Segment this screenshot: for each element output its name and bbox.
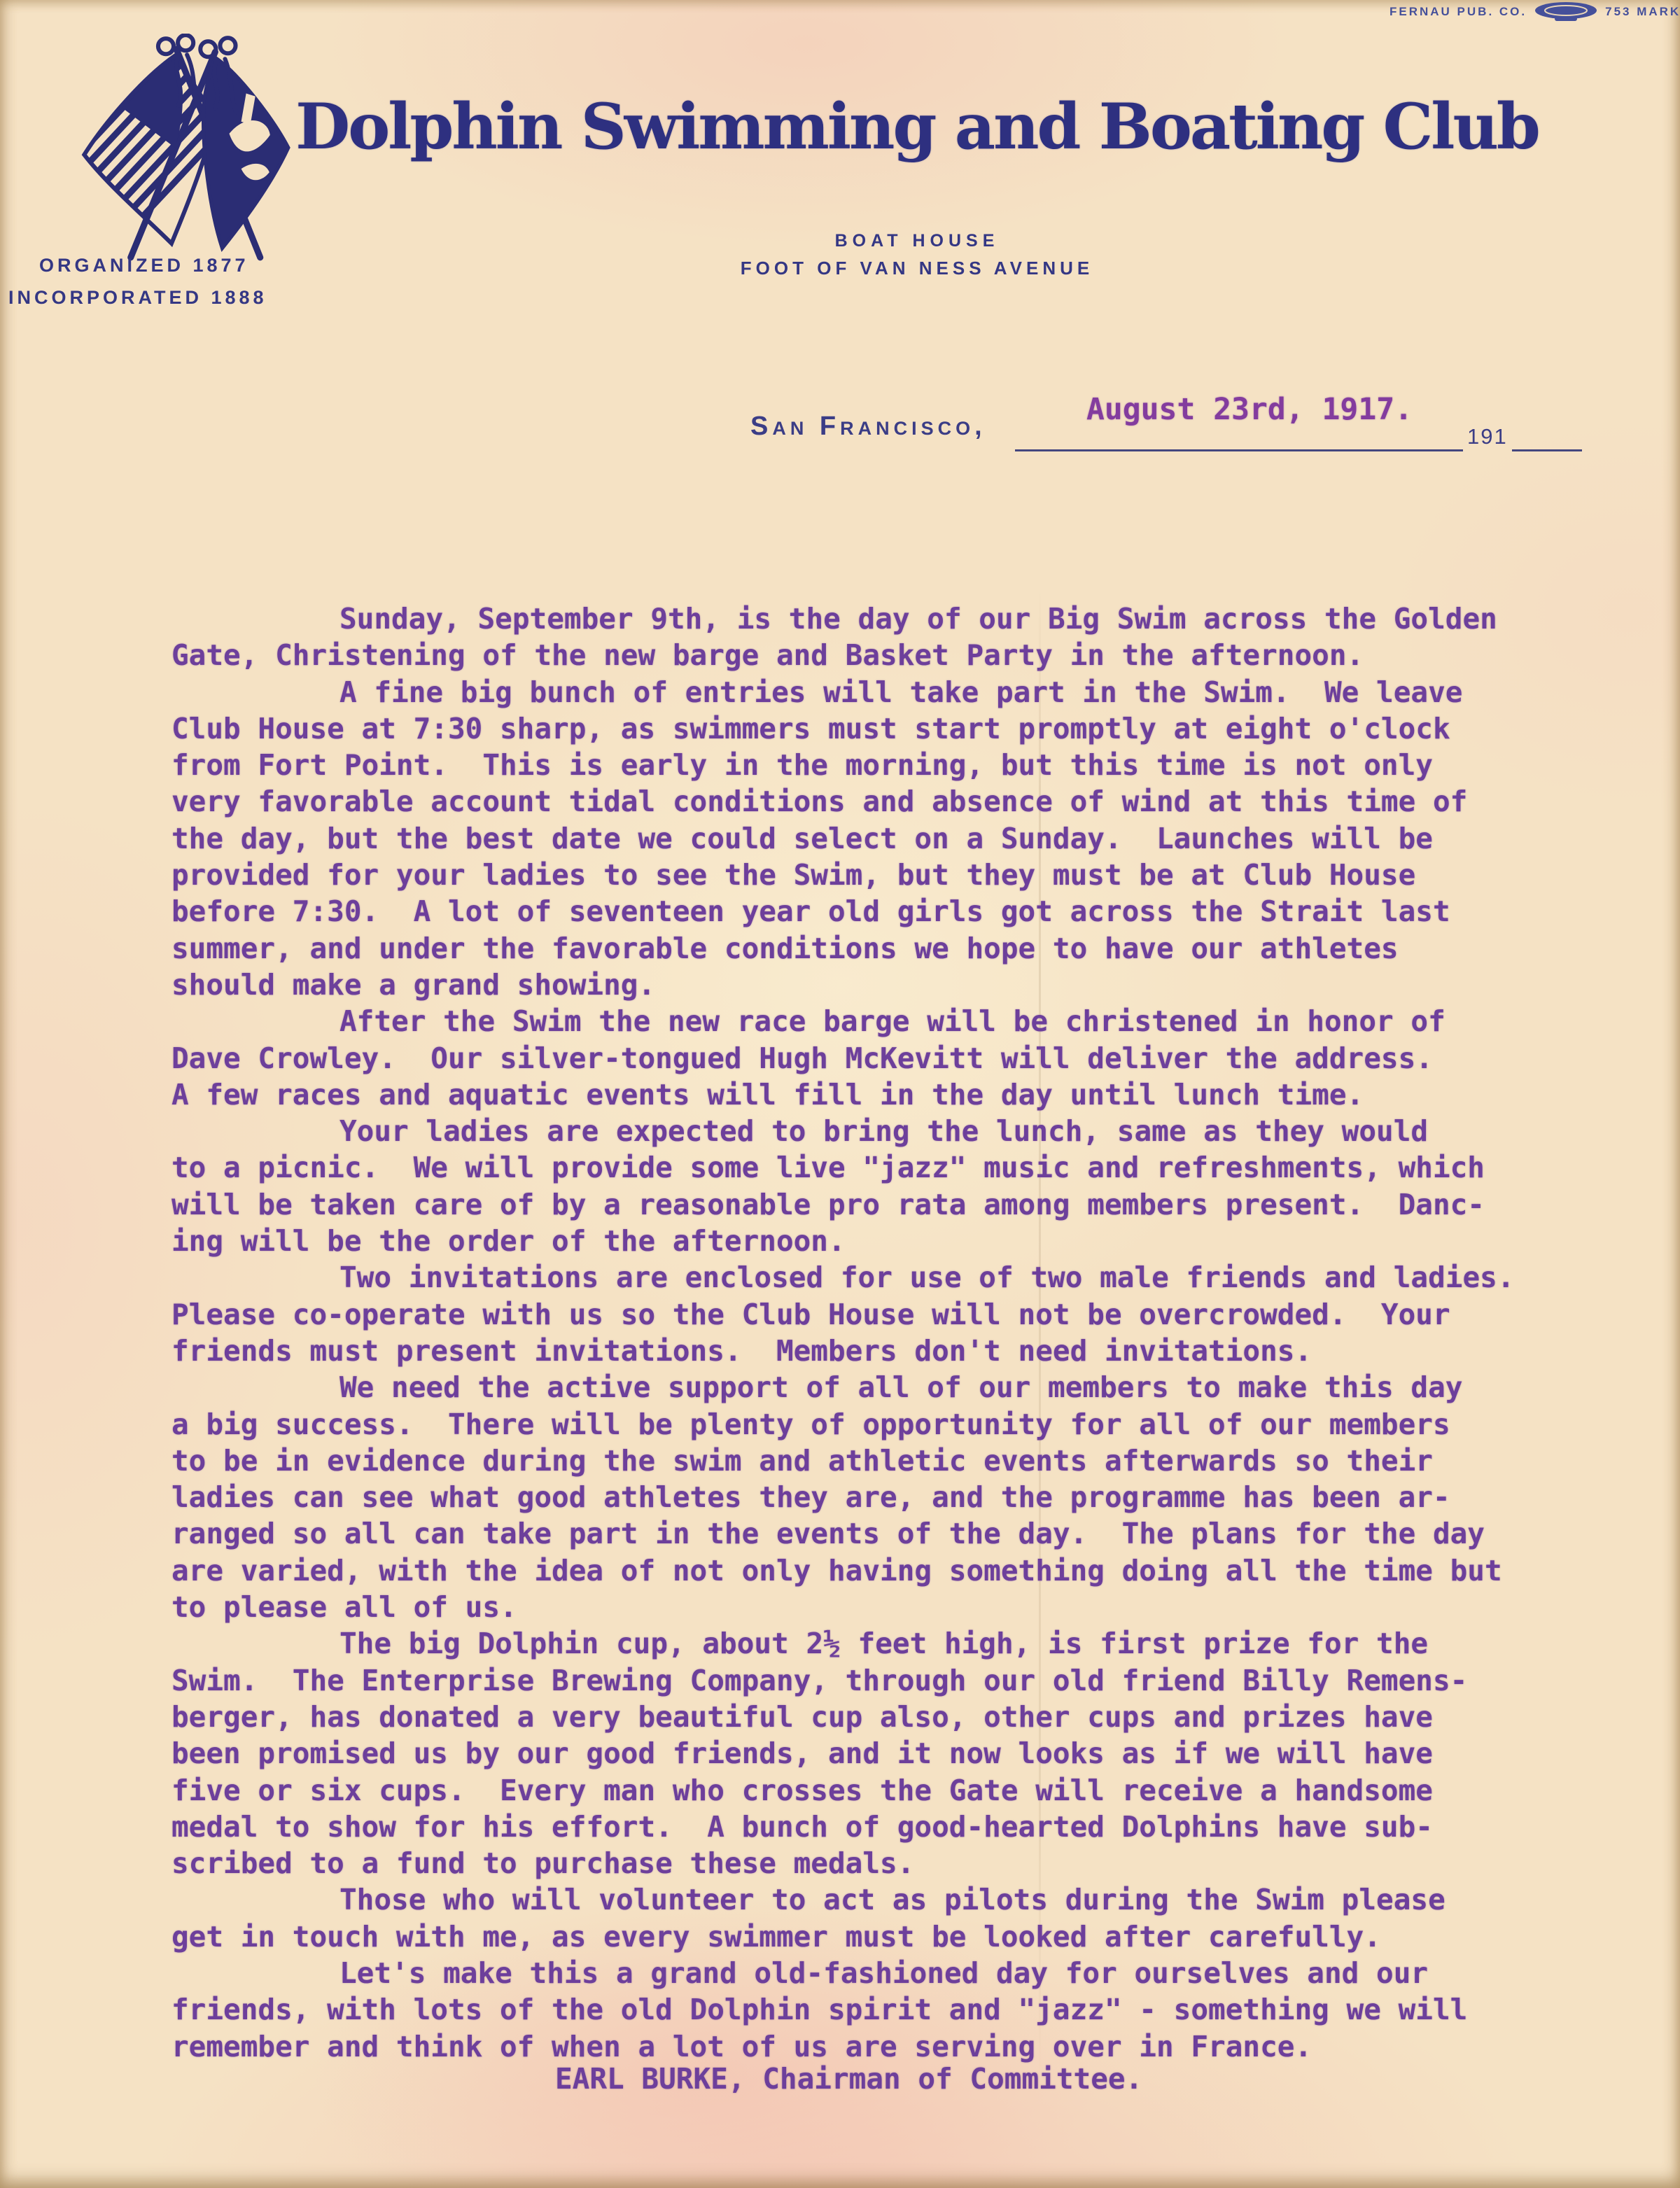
letter-body: Sunday, September 9th, is the day of our… [171, 601, 1561, 2065]
printer-mark: FERNAU PUB. CO. 753 MARKET ST [1389, 1, 1680, 22]
incorporated-line: INCORPORATED 1888 [8, 287, 267, 309]
letter-paragraph: The big Dolphin cup, about 2½ feet high,… [171, 1625, 1561, 1881]
letterhead-page: FERNAU PUB. CO. 753 MARKET ST [0, 0, 1680, 2188]
letter-paragraph: Your ladies are expected to bring the lu… [171, 1113, 1561, 1259]
city-label: San Francisco, [750, 412, 986, 442]
signature-line: EARL BURKE, Chairman of Committee. [555, 2062, 1142, 2096]
letter-paragraph: Those who will volunteer to act as pilot… [171, 1881, 1561, 1955]
club-flags-logo [41, 34, 294, 266]
letter-paragraph: Sunday, September 9th, is the day of our… [171, 601, 1561, 674]
union-label-icon [1534, 1, 1598, 22]
letter-paragraph: A fine big bunch of entries will take pa… [171, 674, 1561, 1004]
typed-date: August 23rd, 1917. [1086, 392, 1413, 427]
organized-line: ORGANIZED 1877 [39, 255, 249, 276]
date-underline [1015, 449, 1463, 451]
printer-address: 753 MARKET ST [1605, 5, 1680, 19]
year-prefix: 191 [1467, 424, 1508, 449]
boat-house-line: BOAT HOUSE [835, 231, 1000, 251]
letter-paragraph: After the Swim the new race barge will b… [171, 1003, 1561, 1113]
letter-paragraph: Two invitations are enclosed for use of … [171, 1259, 1561, 1369]
printer-name: FERNAU PUB. CO. [1389, 5, 1527, 19]
letter-paragraph: We need the active support of all of our… [171, 1369, 1561, 1625]
street-address-line: FOOT OF VAN NESS AVENUE [741, 258, 1093, 279]
letter-paragraph: Let's make this a grand old-fashioned da… [171, 1955, 1561, 2065]
year-underline [1512, 449, 1582, 451]
club-title: Dolphin Swimming and Boating Club [295, 90, 1539, 164]
